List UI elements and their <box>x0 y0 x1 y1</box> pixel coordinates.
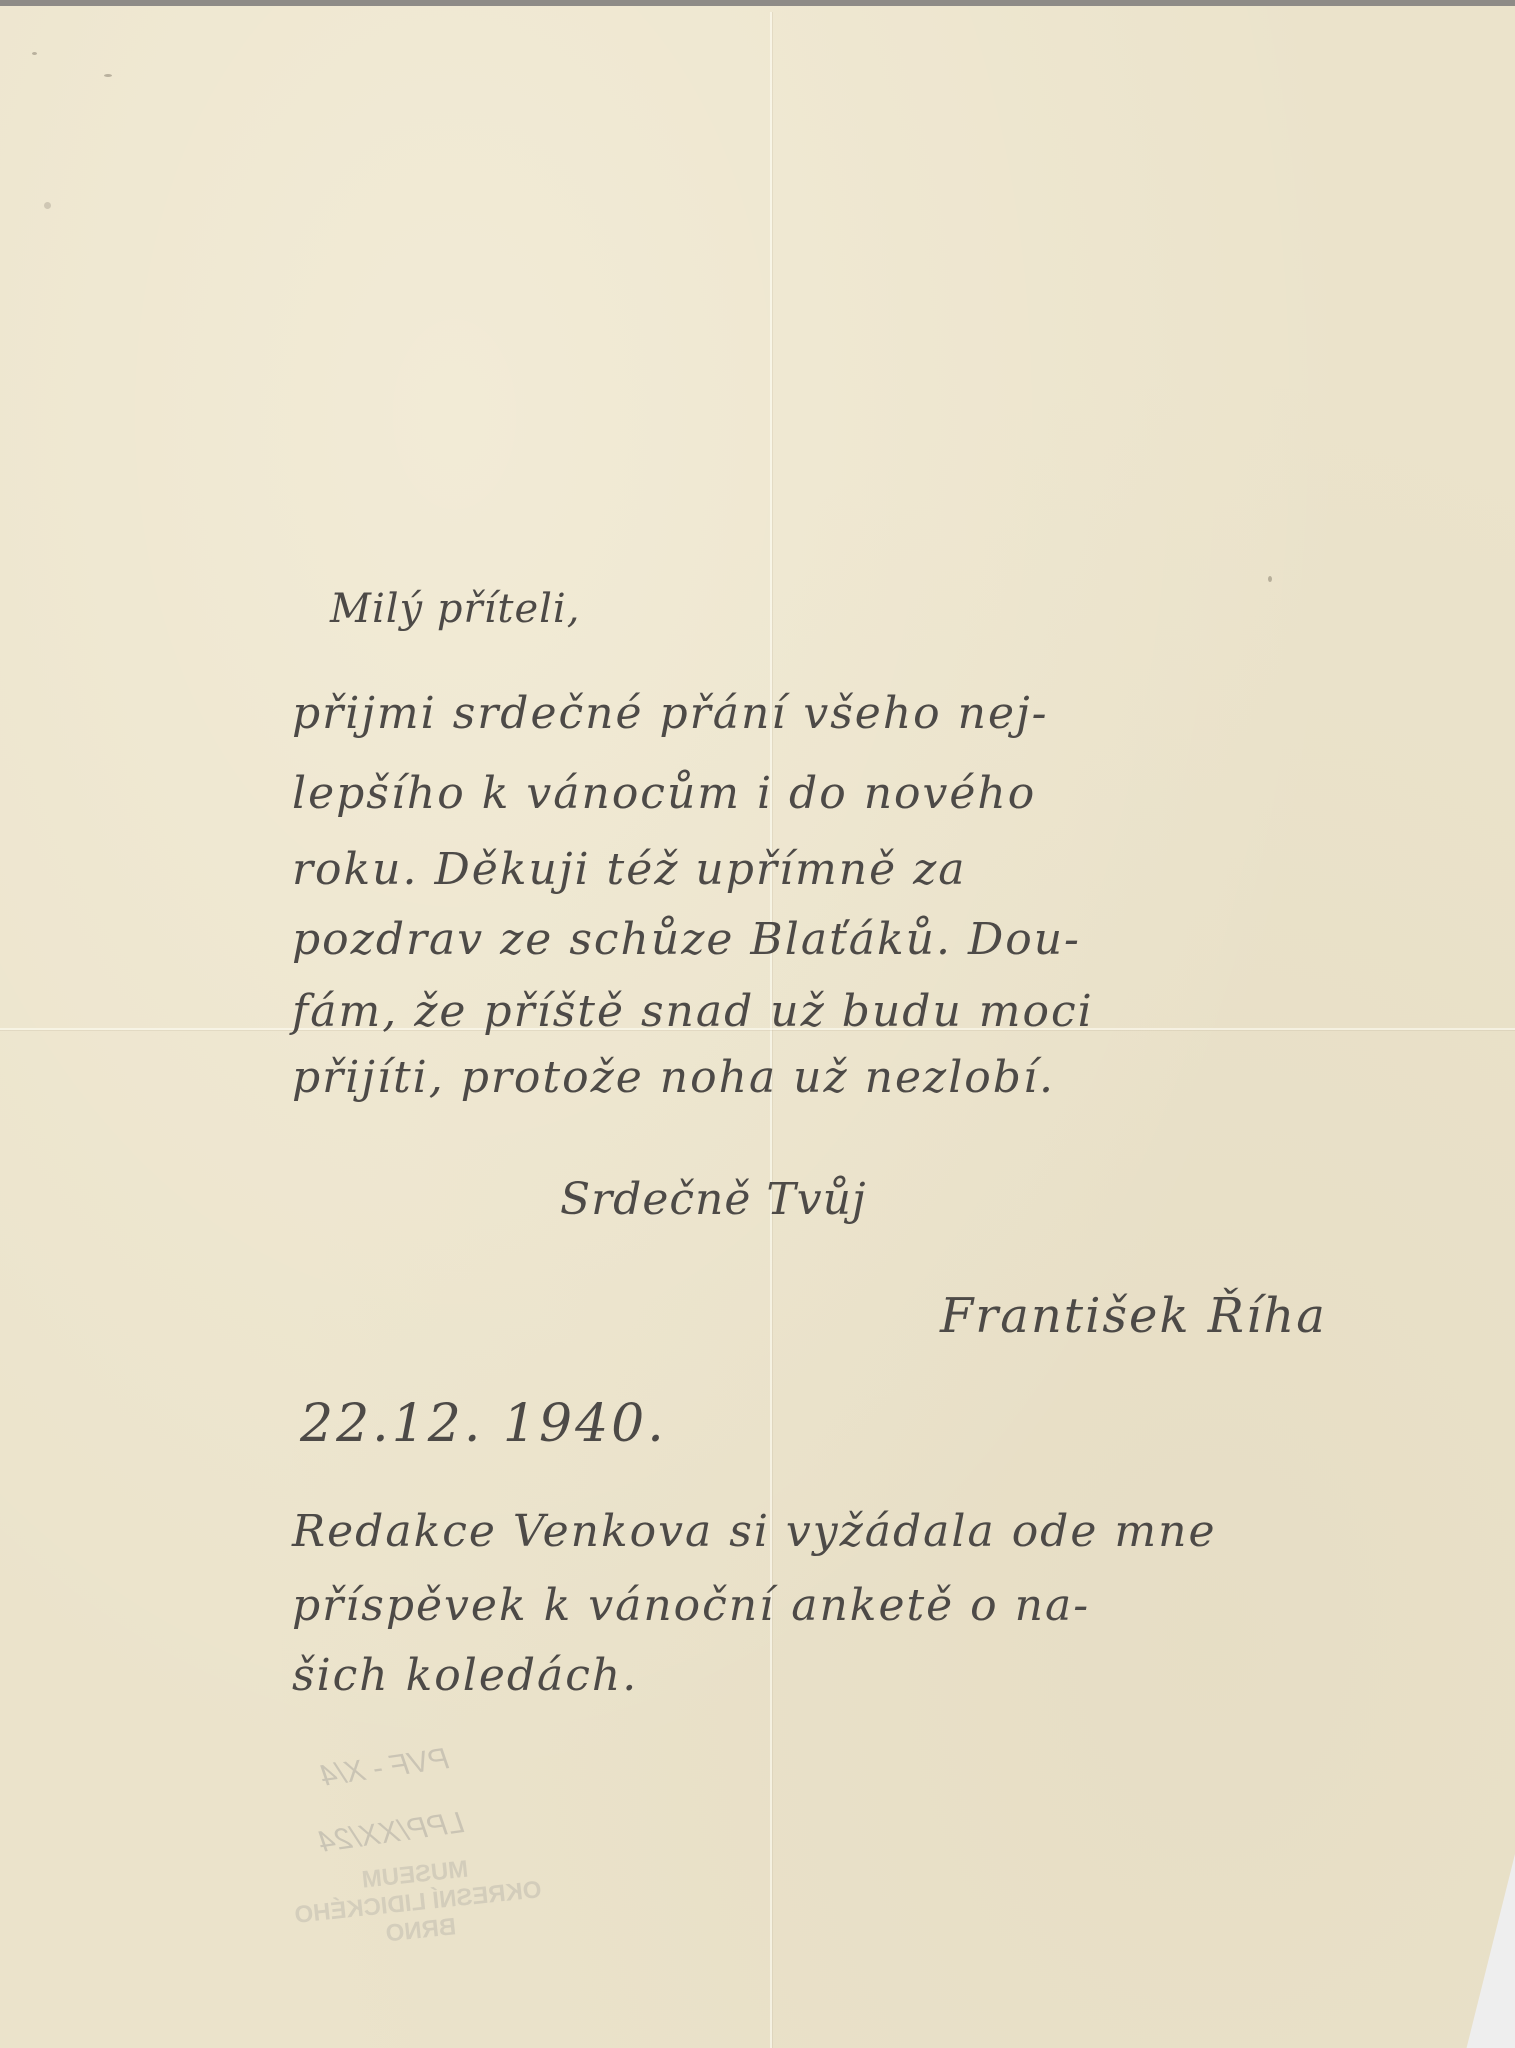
paper-speck <box>44 202 51 209</box>
paper-speck <box>1268 576 1272 582</box>
letter-signature: František Říha <box>940 1288 1327 1344</box>
bleed-through-inventory-number: LPP/XX/24 <box>316 1806 466 1860</box>
faded-archive-stamp: MUSEUM OKRESNÍ LIDICKÉHO BRNO <box>264 1846 571 1961</box>
paper-speck <box>104 74 112 77</box>
bleed-through-archive-number: PVF - X/4 <box>318 1742 451 1794</box>
letter-body-line: roku. Děkuji též upřímně za <box>292 844 967 895</box>
scanner-edge <box>0 0 1515 6</box>
letter-body-line: lepšího k vánocům i do nového <box>292 768 1036 819</box>
letter-paper: Milý příteli, přijmi srdečné přání všeho… <box>0 6 1515 2048</box>
letter-closing: Srdečně Tvůj <box>560 1174 867 1225</box>
paper-speck <box>32 52 37 55</box>
letter-salutation: Milý příteli, <box>330 586 580 632</box>
letter-body-line: přijíti, protože noha už nezlobí. <box>292 1052 1055 1103</box>
postscript-line: příspěvek k vánoční anketě o na- <box>292 1580 1090 1631</box>
letter-body-line: přijmi srdečné přání všeho nej- <box>292 688 1049 739</box>
postscript-line: šich koledách. <box>292 1650 638 1701</box>
letter-body-line: pozdrav ze schůze Blaťáků. Dou- <box>292 914 1081 965</box>
letter-date: 22.12. 1940. <box>300 1394 667 1454</box>
postscript-line: Redakce Venkova si vyžádala ode mne <box>292 1506 1216 1557</box>
letter-body-line: fám, že příště snad už budu moci <box>292 986 1094 1037</box>
